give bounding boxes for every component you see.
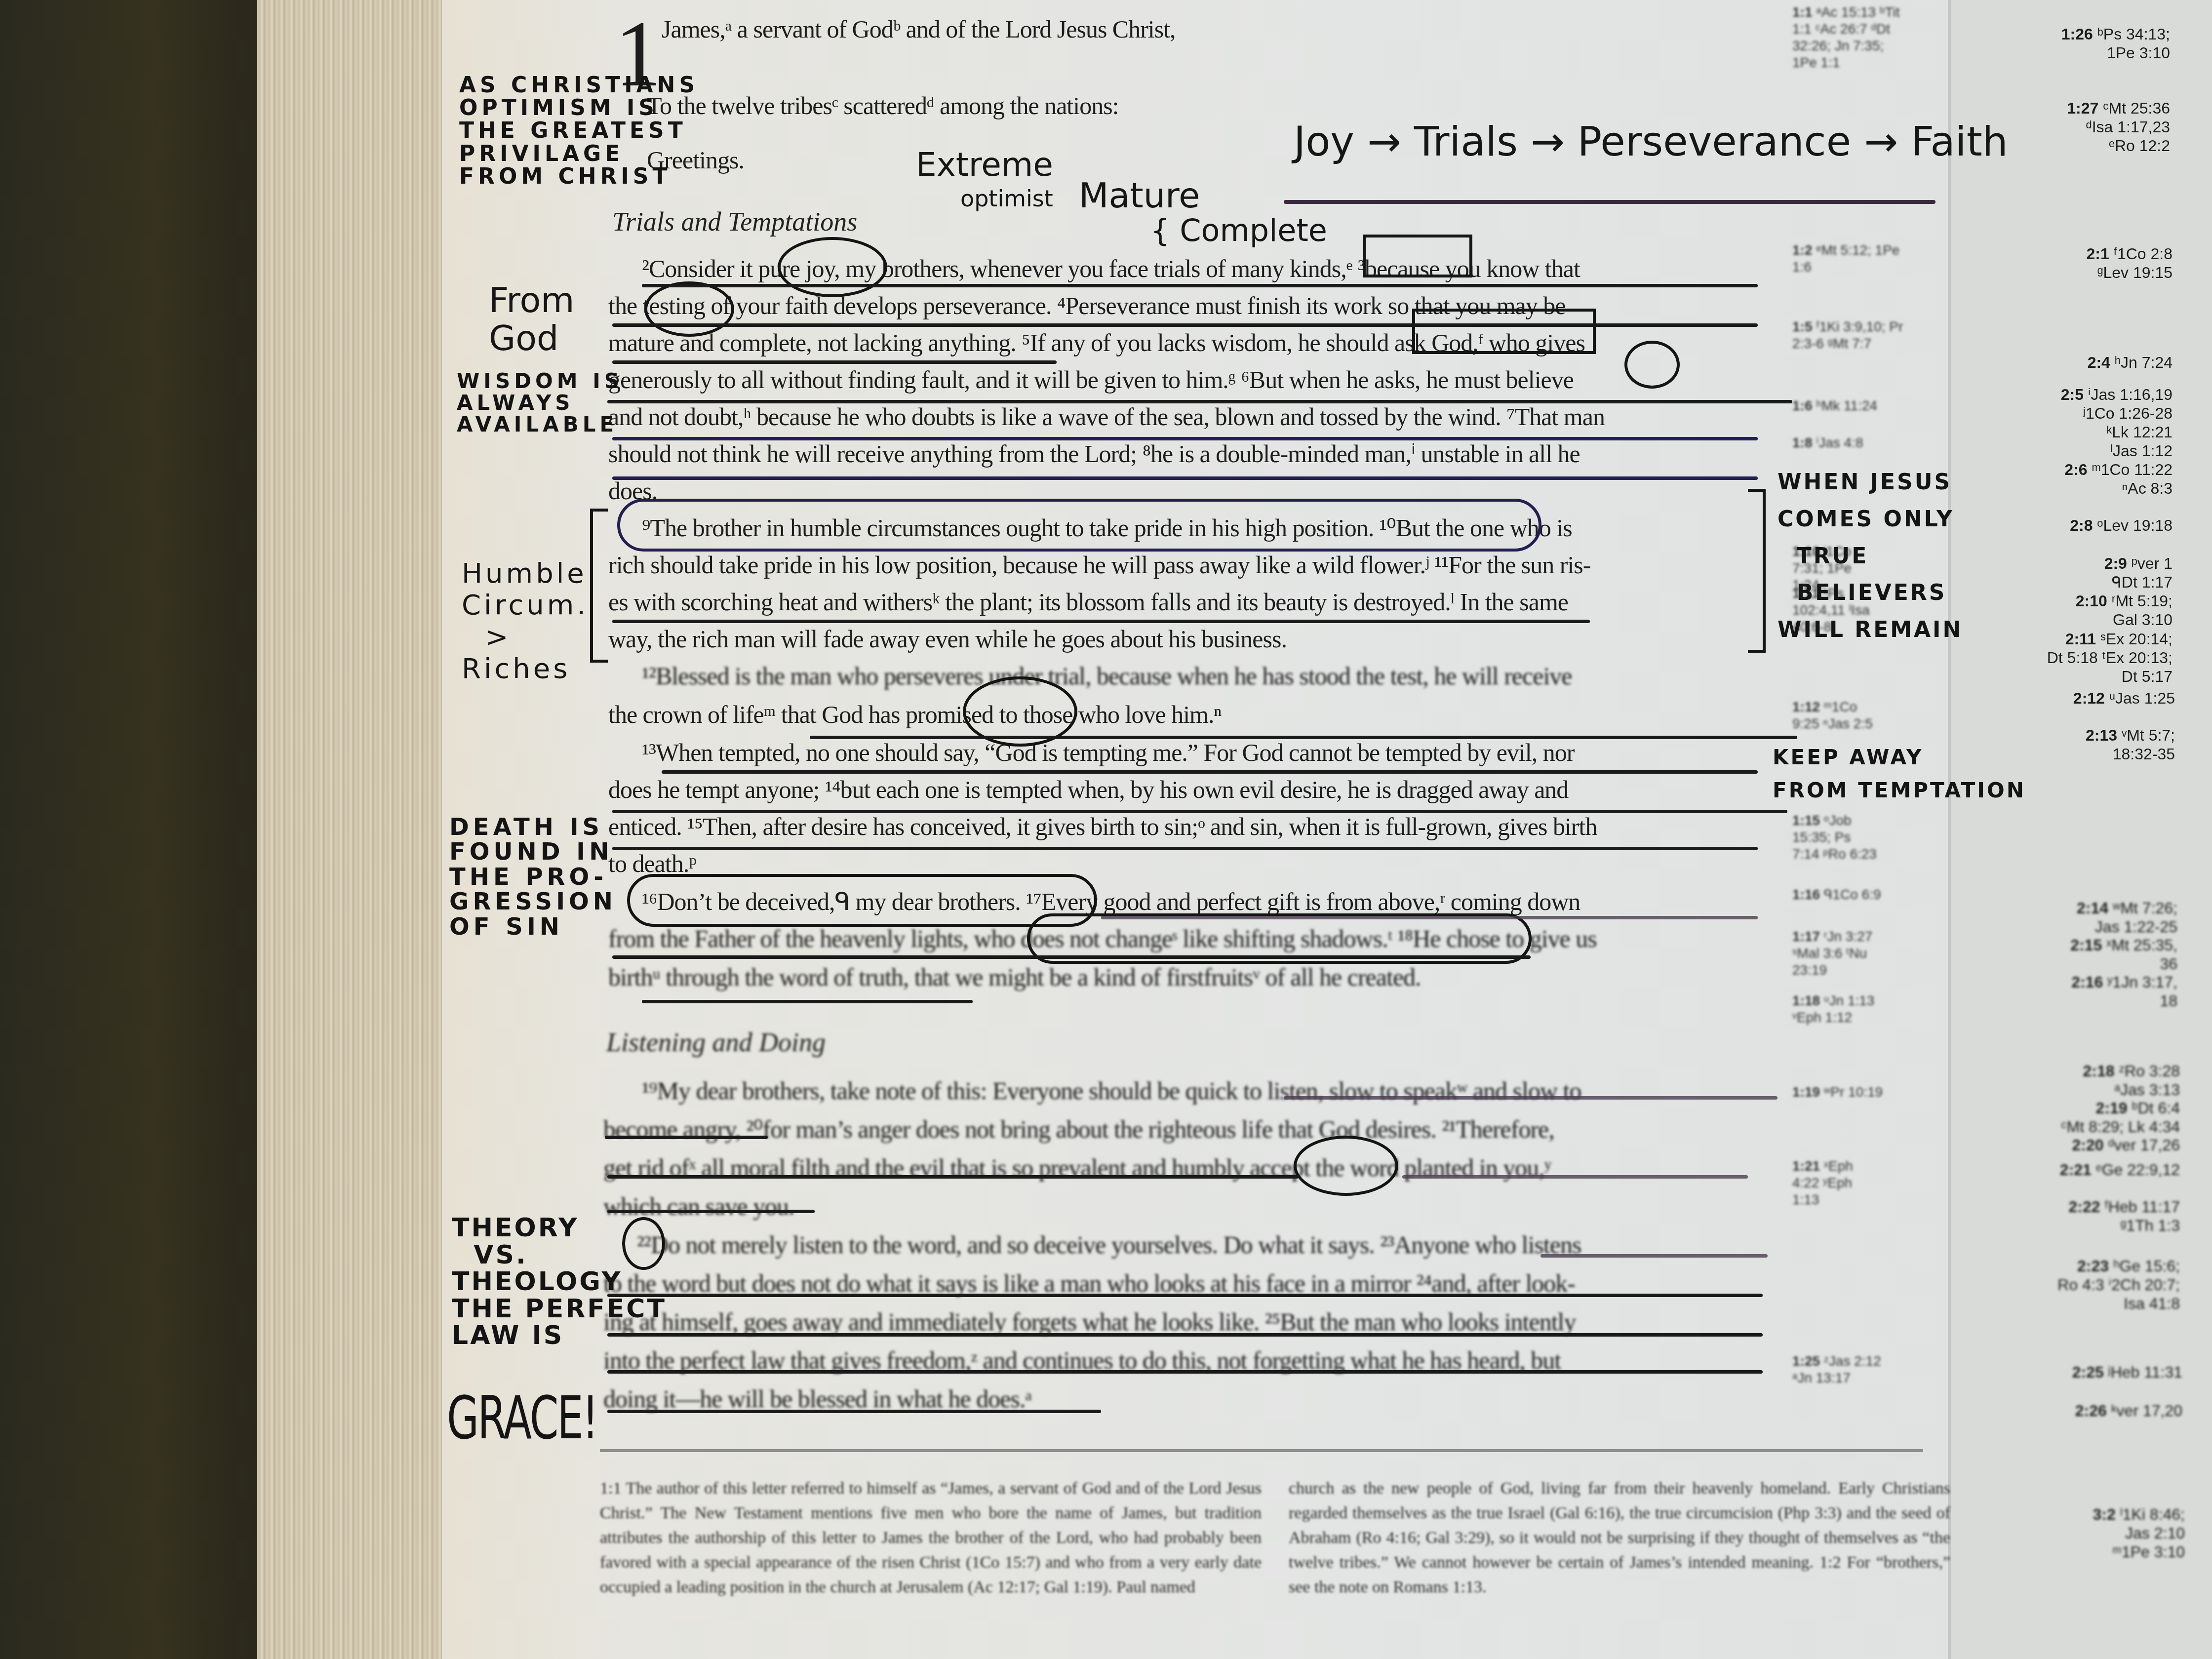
note-optimism: AS CHRISTIANS OPTIMISM IS THE GREATEST P… xyxy=(459,74,699,188)
underline xyxy=(607,400,1792,403)
cross-ref-2-20: 2:20 ᵈver 17,26 xyxy=(1973,1136,2180,1154)
cross-ref-2-10: 2:10 ʳMt 5:19;Gal 3:10 xyxy=(1965,592,2172,629)
cross-ref-2-11: 2:11 ˢEx 20:14;Dt 5:18 ᵗEx 20:13;Dt 5:17 xyxy=(1965,630,2172,686)
box-ask-god xyxy=(1412,309,1596,354)
footnote-divider xyxy=(600,1449,1923,1452)
study-note-right: church as the new people of God, living … xyxy=(1289,1476,1950,1600)
cross-ref-1-16: 1:16 ᑫ1Co 6:9 xyxy=(1792,886,1881,903)
cross-ref-2-25: 2:25 ʲHeb 11:31 xyxy=(1975,1363,2182,1382)
cross-ref-2-23: 2:23 ʰGe 15:6;Ro 4:3 ⁱ2Ch 20:7;Isa 41:8 xyxy=(1973,1257,2180,1313)
underline xyxy=(642,1000,973,1003)
verse-line: ing at himself, goes away and immediatel… xyxy=(603,1307,1576,1336)
cross-ref-2-4: 2:4 ʰJn 7:24 xyxy=(1965,353,2172,372)
verse-line: should not think he will receive anythin… xyxy=(608,439,1580,468)
cross-ref-1-8: 1:8 ⁱJas 4:8 xyxy=(1792,434,1906,451)
underline xyxy=(612,847,1758,850)
page-edges xyxy=(257,0,449,1659)
underline xyxy=(1101,916,1758,919)
cross-ref-3-2: 3:2 ˡ1Ki 8:46;Jas 2:10ᵐ1Pe 3:10 xyxy=(1977,1505,2185,1561)
circle-must xyxy=(1624,341,1680,389)
note-keep-away: KEEP AWAY FROM TEMPTATION xyxy=(1773,741,2026,807)
verse-line: become angry, ²⁰for man’s anger does not… xyxy=(603,1115,1554,1144)
study-note-left: 1:1 The author of this letter referred t… xyxy=(600,1476,1262,1600)
note-wisdom: WISDOM IS ALWAYS AVAILABLE xyxy=(457,370,623,435)
verse-line: ¹³When tempted, no one should say, “God … xyxy=(642,738,1574,767)
cross-ref-1-1: 1:1 ᵃAc 15:13 ᵇTit 1:1 ᶜAc 26:7 ᵈDt 32:2… xyxy=(1792,4,1906,71)
section-heading: Trials and Temptations xyxy=(612,206,857,237)
cross-ref-2-26: 2:26 ᵏver 17,20 xyxy=(1975,1401,2182,1420)
verse-line: generously to all without finding fault,… xyxy=(608,365,1574,394)
note-grace: GRACE! xyxy=(447,1387,597,1450)
note-joy-chain: Joy → Trials → Perseverance → Faith xyxy=(1294,118,2008,165)
section-heading: Listening and Doing xyxy=(606,1027,826,1058)
bracket-right-humble xyxy=(1748,489,1766,653)
underline xyxy=(1402,1175,1748,1179)
cross-ref-2-21: 2:21 ᵉGe 22:9,12 xyxy=(1973,1160,2180,1179)
arrow-to-mature xyxy=(1284,200,1935,204)
underline xyxy=(642,284,1758,287)
verse-line: way, the rich man will fade away even wh… xyxy=(608,625,1287,653)
verse-line: ¹²Blessed is the man who perseveres unde… xyxy=(642,662,1572,690)
cross-ref-2-6: 2:6 ᵐ1Co 11:22ⁿAc 8:3 xyxy=(1965,460,2172,498)
note-death: DEATH IS FOUND IN THE PRO- GRESSION OF S… xyxy=(449,815,617,939)
note-when-jesus-comes: WHEN JESUS COMES ONLY TRUE BELIEVERS WIL… xyxy=(1777,464,1963,649)
cross-ref-1-12: 1:12 ᵐ1Co 9:25 ⁿJas 2:5 xyxy=(1792,699,1881,732)
underline xyxy=(607,1333,1763,1337)
oval-humble-brother xyxy=(617,499,1541,552)
underline xyxy=(607,1294,1763,1297)
underline xyxy=(612,620,1590,623)
verse-line: ¹⁹My dear brothers, take note of this: E… xyxy=(642,1076,1581,1105)
cross-ref-2-15: 2:15 ˣMt 25:35,36 xyxy=(1970,936,2177,973)
cross-ref-2-8: 2:8 ᵒLev 19:18 xyxy=(1965,516,2172,535)
verse-line: doing it—he will be blessed in what he d… xyxy=(603,1384,1031,1413)
desk-background xyxy=(0,0,257,1659)
underline xyxy=(612,323,1758,327)
cross-ref-2-12: 2:12 ᵘJas 1:25 xyxy=(1968,689,2175,708)
underline xyxy=(605,1136,768,1139)
verse-line: birthᵘ through the word of truth, that w… xyxy=(608,963,1421,991)
cross-ref-1-17: 1:17 ʳJn 3:27 ˢMal 3:6 ᵗNu 23:19 xyxy=(1792,928,1881,979)
cross-ref-1-15: 1:15 ᵒJob 15:35; Ps 7:14 ᵖRo 6:23 xyxy=(1792,812,1881,863)
note-theory-theology: THEORY VS. THEOLOGY THE PERFECT LAW IS xyxy=(452,1215,667,1349)
underline xyxy=(607,1410,1101,1413)
cross-ref-1-19: 1:19 ʷPr 10:19 xyxy=(1792,1084,1901,1101)
cross-ref-2-1: 2:1 ᶠ1Co 2:8ᵍLev 19:15 xyxy=(1965,244,2172,282)
underline xyxy=(612,476,1758,480)
underline xyxy=(607,1210,815,1213)
note-optimist: optimist xyxy=(960,185,1053,212)
cross-ref-1-18: 1:18 ᵘJn 1:13 ᵛEph 1:12 xyxy=(1792,992,1881,1026)
verse-line: and not doubt,ʰ because he who doubts is… xyxy=(608,402,1605,431)
underline xyxy=(1540,1254,1768,1258)
verse-line: the crown of lifeᵐ that God has promised… xyxy=(608,700,1221,729)
cross-ref-2-9: 2:9 ᵖver 1ᑫDt 1:17 xyxy=(1965,554,2172,592)
underline xyxy=(612,810,1787,813)
underline xyxy=(612,360,1057,364)
note-extreme: Extreme xyxy=(916,146,1053,184)
underline xyxy=(810,736,1797,739)
underline xyxy=(662,770,1758,774)
cross-ref-2-16: 2:16 ʸ1Jn 3:17,18 xyxy=(1970,973,2177,1010)
cross-ref-2-22: 2:22 ᶠHeb 11:17ᵍ1Th 1:3 xyxy=(1973,1197,2180,1235)
underline xyxy=(1284,1096,1777,1100)
cross-ref-1-5: 1:5 ᶠ1Ki 3:9,10; Pr 2:3-6 ᵍMt 7:7 xyxy=(1792,318,1906,352)
circle-humbly xyxy=(1294,1136,1398,1196)
verse-line: ²²Do not merely listen to the word, and … xyxy=(637,1230,1581,1259)
cross-ref-1-6: 1:6 ʰMk 11:24 xyxy=(1792,397,1906,414)
verse-line: es with scorching heat and withersᵏ the … xyxy=(608,588,1568,616)
cross-ref-1-25: 1:25 ᶻJas 2:12 ᵃJn 13:17 xyxy=(1792,1353,1881,1386)
cross-ref-1-26: 1:26 ᵇPs 34:13;1Pe 3:10 xyxy=(1963,25,2170,62)
underline xyxy=(612,437,1758,440)
underline xyxy=(612,955,1531,959)
circle-pure-joy xyxy=(778,237,887,297)
oval-dont-be-deceived xyxy=(627,874,1097,927)
verse-line: does he tempt anyone; ¹⁴but each one is … xyxy=(608,775,1568,804)
underline xyxy=(607,1175,1299,1179)
cross-ref-2-18: 2:18 ᶻRo 3:28ᵃJas 3:13 xyxy=(1973,1062,2180,1099)
verse-line: rich should take pride in his low positi… xyxy=(608,551,1590,579)
note-humble-circum: Humble Circum. > Riches xyxy=(462,558,589,685)
cross-ref-1-21: 1:21 ˣEph 4:22 ʸEph 1:13 xyxy=(1792,1158,1881,1208)
cross-ref-2-5: 2:5 ⁱJas 1:16,19ʲ1Co 1:26-28ᵏLk 12:21ˡJa… xyxy=(1965,385,2172,460)
underline xyxy=(607,1370,1763,1374)
cross-ref-2-14: 2:14 ʷMt 7:26;Jas 1:22-25 xyxy=(1970,899,2177,936)
cross-ref-2-19: 2:19 ᵇDt 6:4ᶜMt 8:29; Lk 4:34 xyxy=(1973,1099,2180,1136)
verse-line: To the twelve tribesᶜ scatteredᵈ among t… xyxy=(647,91,1119,120)
note-from-god: From God xyxy=(489,281,574,357)
verse-line: enticed. ¹⁵Then, after desire has concei… xyxy=(608,812,1597,841)
circle-testing xyxy=(644,281,734,337)
note-mature: Mature xyxy=(1079,175,1200,216)
cross-ref-1-2: 1:2 ᵉMt 5:12; 1Pe 1:6 xyxy=(1792,242,1906,276)
verse-line: James,ᵃ a servant of Godᵇ and of the Lor… xyxy=(662,15,1176,43)
note-complete: { Complete xyxy=(1150,212,1327,248)
box-many-kinds xyxy=(1363,235,1472,277)
bracket-left-humble xyxy=(590,509,608,663)
